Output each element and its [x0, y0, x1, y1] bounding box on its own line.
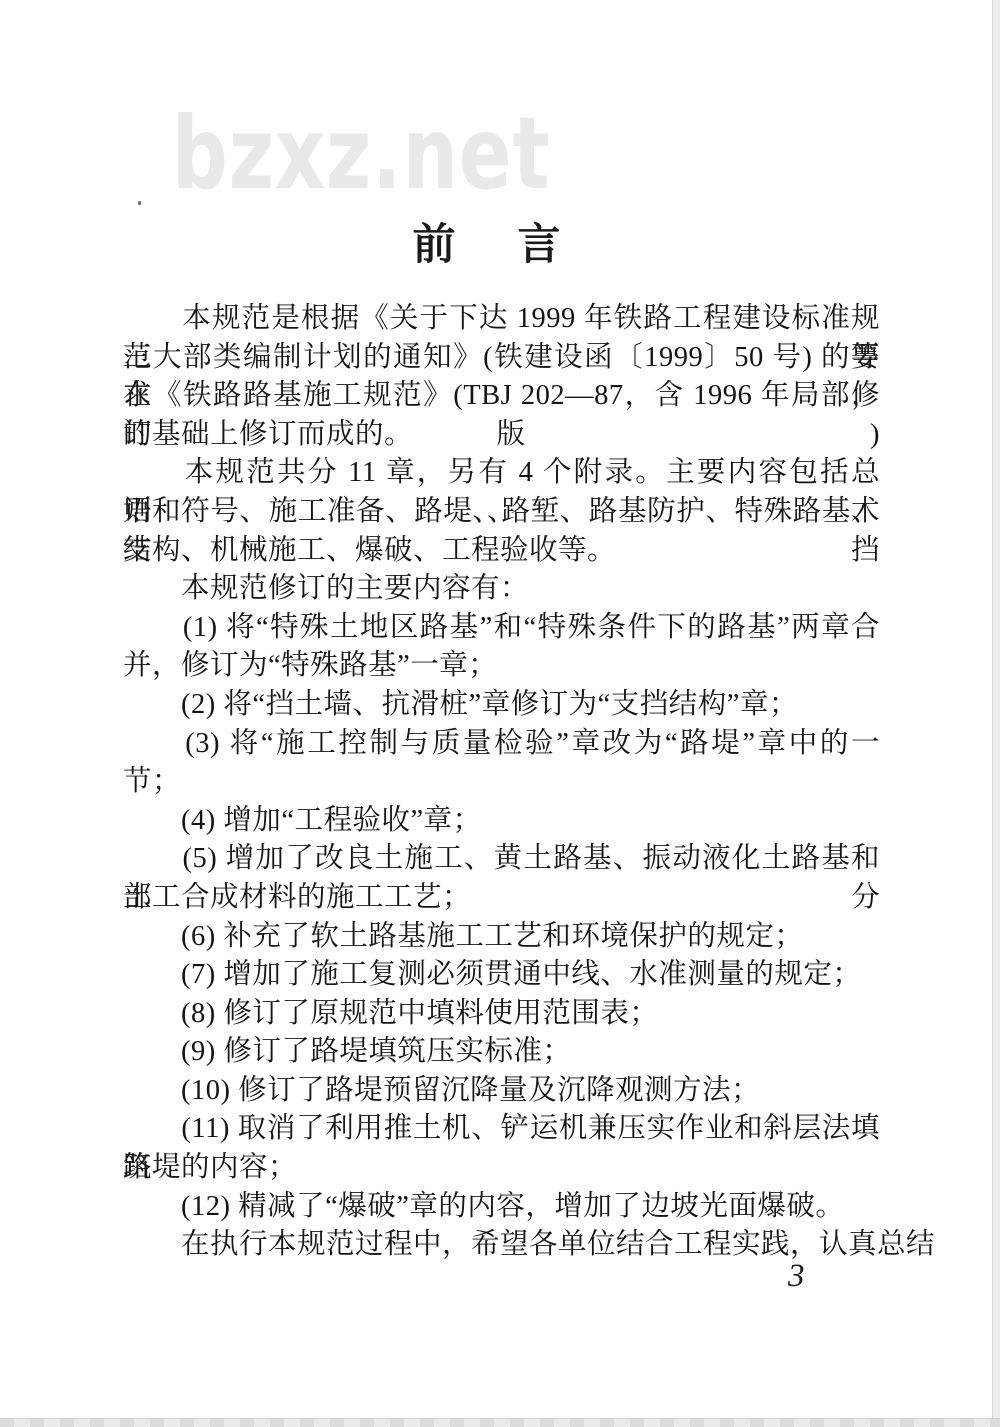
text-line: (12) 精减了“爆破”章的内容，增加了边坡光面爆破。: [123, 1188, 880, 1227]
text-line: (3) 将“施工控制与质量检验”章改为“路堤”章中的一: [123, 725, 880, 764]
text-line: 本规范修订的主要内容有：: [123, 570, 880, 609]
text-line: 路堤的内容；: [123, 1149, 880, 1188]
preface-body: 本规范是根据《关于下达 1999 年铁路工程建设标准规范等 三大部类编制计划的通…: [123, 300, 880, 1265]
text-line: (9) 修订了路堤填筑压实标准；: [123, 1033, 880, 1072]
text-line: (5) 增加了改良土施工、黄土路基、振动液化土路基和部分: [123, 840, 880, 879]
text-line: (8) 修订了原规范中填料使用范围表；: [123, 995, 880, 1034]
text-line: 并，修订为“特殊路基”一章；: [123, 647, 880, 686]
text-line: (2) 将“挡土墙、抗滑桩”章修订为“支挡结构”章；: [123, 686, 880, 725]
text-line: 节；: [123, 763, 880, 802]
text-line: (11) 取消了利用推土机、铲运机兼压实作业和斜层法填筑: [123, 1110, 880, 1149]
watermark-text: bzxz.net: [172, 104, 551, 204]
text-line: 在《铁路路基施工规范》(TBJ 202—87，含 1996 年局部修订版): [123, 377, 880, 416]
title-char-left: 前: [413, 224, 456, 267]
scan-edge-bottom: [0, 1418, 1000, 1427]
scan-edge-right: [992, 0, 1000, 1427]
text-line: (1) 将“特殊土地区路基”和“特殊条件下的路基”两章合: [123, 609, 880, 648]
text-line: 本规范是根据《关于下达 1999 年铁路工程建设标准规范等: [123, 300, 880, 339]
page-title: 前 言: [0, 224, 973, 267]
title-char-right: 言: [518, 224, 561, 267]
text-line: (6) 补充了软土路基施工工艺和环境保护的规定；: [123, 918, 880, 957]
text-line: (4) 增加“工程验收”章；: [123, 802, 880, 841]
text-line: (10) 修订了路堤预留沉降量及沉降观测方法；: [123, 1072, 880, 1111]
text-line: (7) 增加了施工复测必须贯通中线、水准测量的规定；: [123, 956, 880, 995]
text-line: 语和符号、施工准备、路堤、路堑、路基防护、特殊路基、支挡: [123, 493, 880, 532]
text-line: 本规范共分 11 章，另有 4 个附录。主要内容包括总则、术: [123, 454, 880, 493]
scan-speck: [138, 201, 141, 205]
text-line: 在执行本规范过程中，希望各单位结合工程实践，认真总结: [123, 1226, 880, 1265]
text-line: 三大部类编制计划的通知》(铁建设函〔1999〕50 号) 的要求，: [123, 339, 880, 378]
document-page: bzxz.net 前 言 本规范是根据《关于下达 1999 年铁路工程建设标准规…: [0, 0, 1000, 1427]
page-number: 3: [788, 1258, 805, 1295]
